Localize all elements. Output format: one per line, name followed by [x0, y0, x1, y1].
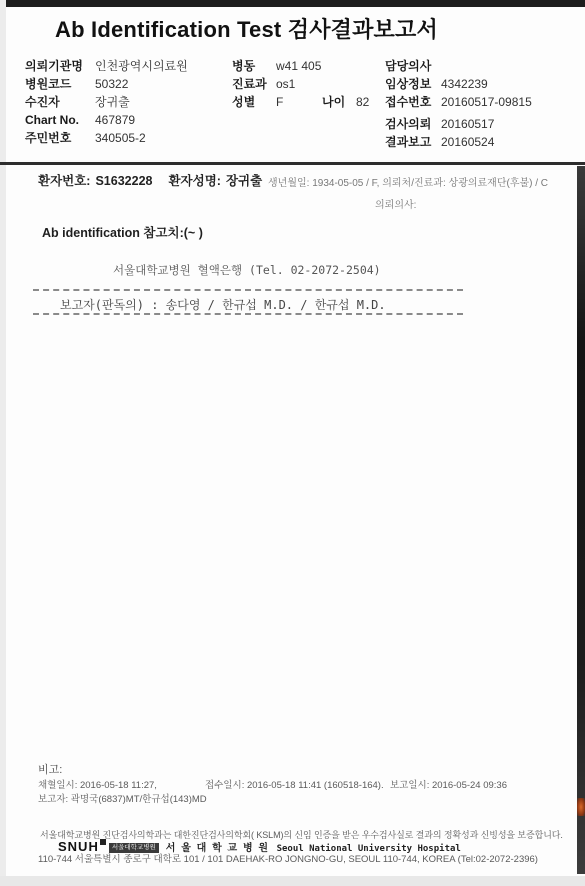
field-label: 임상정보: [385, 75, 441, 93]
reported-datetime: 보고일시: 2016-05-24 09:36: [390, 777, 507, 791]
header-row: 수진자장귀출: [25, 93, 188, 111]
collected-datetime: 채혈일시: 2016-05-18 11:27,: [38, 777, 157, 791]
field-label: 주민번호: [25, 129, 95, 147]
header-row: 주민번호340505-2: [25, 129, 188, 147]
field-label: 결과보고: [385, 133, 441, 151]
field-label: 담당의사: [385, 57, 441, 75]
header-row: Chart No.467879: [25, 111, 188, 129]
received-datetime: 접수일시: 2016-05-18 11:41 (160518-164).: [205, 777, 384, 791]
hospital-logo-line: SNUH서울대학교병원서 울 대 학 교 병 원Seoul National U…: [58, 838, 461, 852]
field-value: 20160524: [441, 135, 494, 149]
scan-bottom-margin: [0, 876, 585, 886]
dashed-divider: [33, 313, 463, 315]
header-row: 담당의사: [385, 57, 532, 75]
field-value: F: [276, 93, 322, 111]
header-col-middle: 병동w41 405 진료과os1 성별F나이82: [232, 57, 369, 111]
field-label: 병원코드: [25, 75, 95, 93]
reporters-line: 보고자(판독의) : 송다영 / 한규섭 M.D. / 한규섭 M.D.: [60, 296, 386, 313]
field-value: 20160517-09815: [441, 95, 532, 109]
header-row: 의뢰기관명인천광역시의료원: [25, 57, 188, 75]
reporter-names: 보고자: 곽명국(6837)MT/한규섭(143)MD: [38, 791, 207, 805]
field-label: Chart No.: [25, 111, 95, 129]
header-row: 검사의뢰20160517: [385, 115, 532, 133]
field-label: 진료과: [232, 75, 276, 93]
header-col-right: 담당의사 임상정보4342239 접수번호20160517-09815 검사의뢰…: [385, 57, 532, 151]
patient-name-label: 환자성명:: [168, 174, 220, 188]
birth-and-referral-info: 생년월일: 1934-05-05 / F, 의뢰처/진료과: 상광의료재단(후불…: [268, 174, 578, 189]
scan-top-edge: [6, 0, 585, 7]
field-value: 82: [356, 95, 369, 109]
header-row: 병원코드50322: [25, 75, 188, 93]
field-label: 접수번호: [385, 93, 441, 111]
header-row: 접수번호20160517-09815: [385, 93, 532, 111]
field-value: 20160517: [441, 117, 494, 131]
field-label: 나이: [322, 93, 356, 111]
field-value: 인천광역시의료원: [95, 59, 188, 73]
header-row: 임상정보4342239: [385, 75, 532, 93]
hospital-address: 110-744 서울특별시 종로구 대학로 101 / 101 DAEHAK-R…: [38, 851, 538, 865]
field-label: 수진자: [25, 93, 95, 111]
snuh-emblem-icon: [100, 839, 106, 845]
scan-artifact-spot: [577, 798, 585, 816]
header-row: 진료과os1: [232, 75, 369, 93]
patient-bar: 환자번호:S1632228환자성명:장귀출: [38, 171, 262, 189]
header-row: 결과보고20160524: [385, 133, 532, 151]
test-reference-line: Ab identification 참고치:(~ ): [42, 223, 203, 241]
scan-left-margin: [0, 0, 6, 886]
patient-no-label: 환자번호:: [38, 174, 90, 188]
remarks-label: 비고:: [38, 761, 62, 777]
field-value: 4342239: [441, 77, 488, 91]
field-value: 50322: [95, 77, 128, 91]
header-col-left: 의뢰기관명인천광역시의료원 병원코드50322 수진자장귀출 Chart No.…: [25, 57, 188, 147]
field-label: 성별: [232, 93, 276, 111]
request-doctor-label: 의뢰의사:: [375, 196, 416, 211]
field-value: 467879: [95, 113, 135, 127]
field-value: w41 405: [276, 57, 322, 75]
field-label: 의뢰기관명: [25, 57, 95, 75]
field-label: 병동: [232, 57, 276, 75]
header-row: 병동w41 405: [232, 57, 369, 75]
lab-report-page: Ab Identification Test 검사결과보고서 의뢰기관명인천광역…: [0, 0, 585, 886]
page-title: Ab Identification Test 검사결과보고서: [55, 13, 438, 44]
field-label: 검사의뢰: [385, 115, 441, 133]
field-value: 장귀출: [95, 95, 130, 109]
field-value: 340505-2: [95, 131, 146, 145]
blood-bank-line: 서울대학교병원 혈액은행 (Tel. 02-2072-2504): [113, 262, 381, 278]
header-row: 성별F나이82: [232, 93, 369, 111]
patient-no: S1632228: [95, 174, 152, 188]
dashed-divider: [33, 289, 463, 291]
patient-name: 장귀출: [226, 174, 262, 188]
scan-right-edge: [577, 166, 585, 874]
section-divider: [0, 162, 585, 165]
field-value: os1: [276, 75, 322, 93]
